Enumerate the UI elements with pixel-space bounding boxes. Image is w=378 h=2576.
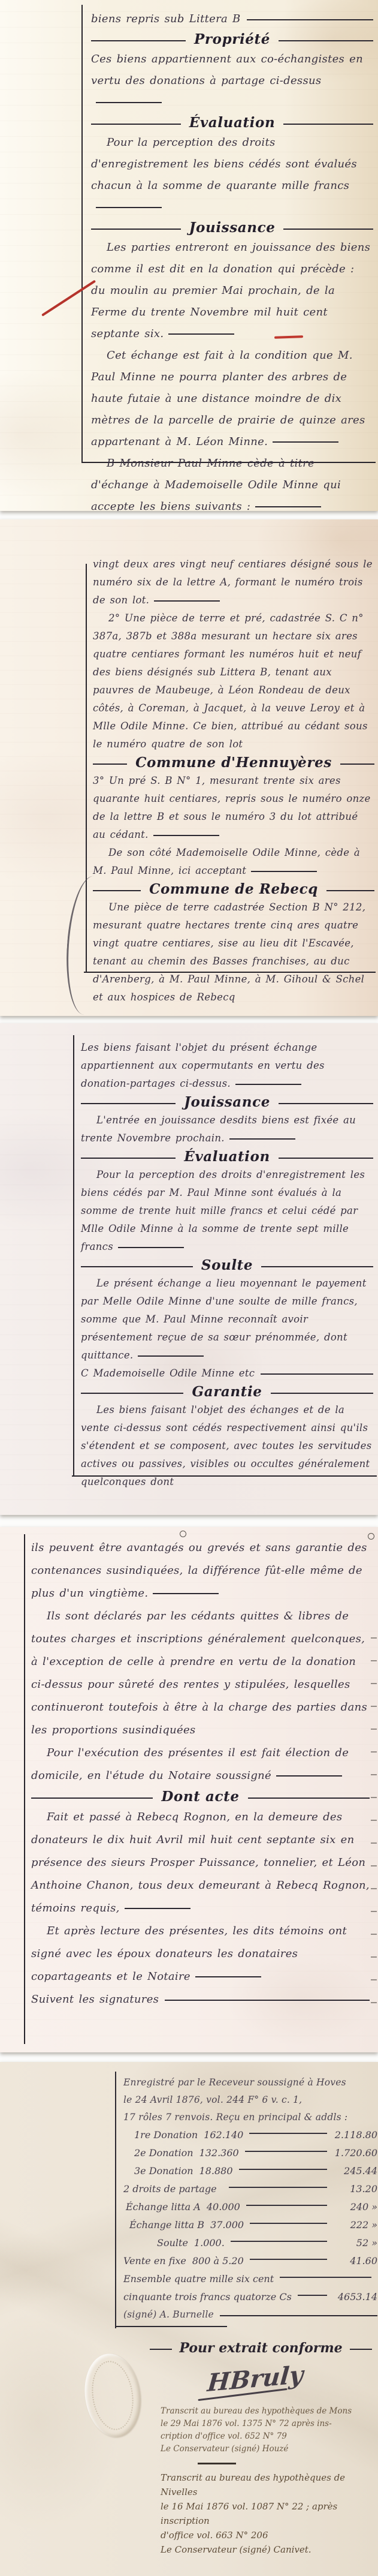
extract-heading-text: Pour extrait conforme xyxy=(172,2340,349,2356)
document-scan: biens repris sub Littera BPropriétéCes b… xyxy=(0,0,378,2576)
handwritten-line: Pour l'exécution des présentes il est fa… xyxy=(31,1742,370,1787)
section-heading: Dont acte xyxy=(31,1789,370,1805)
handwritten-line: Les biens faisant l'objet des échanges e… xyxy=(81,1401,373,1491)
handwritten-line: vingt deux ares vingt neuf centiares dés… xyxy=(93,555,374,609)
handwritten-line: 3° Un pré S. B N° 1, mesurant trente six… xyxy=(93,772,374,844)
leader-line xyxy=(245,2151,327,2152)
section-heading-text: Évaluation xyxy=(181,115,284,131)
section-heading-text: Évaluation xyxy=(176,1149,279,1165)
handwritten-line: Ils sont déclarés par les cédants quitte… xyxy=(31,1605,370,1742)
transcription-note-1: Transcrit au bureau des hypothèques de M… xyxy=(161,2405,378,2455)
amount-row-base: 18.880 xyxy=(199,2162,233,2180)
leader-line xyxy=(231,2241,327,2242)
amount-row-value: 52 » xyxy=(333,2234,377,2252)
handwritten-text-block: Les biens faisant l'objet du présent éch… xyxy=(0,1023,378,1491)
leader-line xyxy=(249,2133,327,2134)
amount-row-value: 240 » xyxy=(333,2198,377,2216)
amount-row: 3e Donation18.880245.44 xyxy=(123,2162,377,2180)
handwritten-line: Les biens faisant l'objet du présent éch… xyxy=(81,1039,373,1093)
transcription-note-2: Transcrit au bureau des hypothèques de N… xyxy=(161,2470,378,2557)
page-scan-2: vingt deux ares vingt neuf centiares dés… xyxy=(0,519,378,1016)
note-line: d'office vol. 663 N° 206 xyxy=(161,2528,378,2542)
margin-tick-marks xyxy=(371,1617,377,2025)
note-line: Le Conservateur (signé) Canivet. xyxy=(161,2542,378,2557)
embossed-seal xyxy=(80,2350,146,2440)
amount-row-label: 2 droits de partage xyxy=(123,2180,217,2198)
leader-line xyxy=(250,2259,327,2260)
section-heading: Commune de Rebecq xyxy=(93,881,374,897)
handwritten-line: Pour la perception des droits d'enregist… xyxy=(91,132,373,218)
amount-row-base: 1.000. xyxy=(194,2234,225,2252)
leader-line xyxy=(229,2187,327,2188)
amount-row: 2 droits de partage13.20 xyxy=(123,2180,377,2198)
leader-line xyxy=(280,2277,371,2278)
total-text: Ensemble quatre mille six cent xyxy=(123,2270,274,2288)
amount-row-value: 245.44 xyxy=(333,2162,377,2180)
section-heading-text: Soulte xyxy=(193,1257,261,1273)
handwritten-text-block: ils peuvent être avantagés ou grevés et … xyxy=(0,1527,378,2011)
handwritten-line: L'entrée en jouissance desdits biens est… xyxy=(81,1111,373,1147)
handwritten-line: Suivent les signatures xyxy=(31,1988,370,2011)
registration-block: Enregistré par le Receveur soussigné à H… xyxy=(115,2072,377,2328)
note-line: le 29 Mai 1876 vol. 1375 N° 72 après ins… xyxy=(161,2418,378,2430)
handwritten-line: Fait et passé à Rebecq Rognon, en la dem… xyxy=(31,1806,370,1920)
section-heading-text: Commune d'Hennuyères xyxy=(127,755,340,771)
amount-row: Échange litta B37.000222 » xyxy=(123,2216,377,2234)
note-divider xyxy=(198,2463,236,2464)
handwritten-line: Et après lecture des présentes, les dits… xyxy=(31,1920,370,1988)
amount-row-base: 37.000 xyxy=(210,2216,244,2234)
section-heading-text: Jouissance xyxy=(181,220,284,236)
total-text: cinquante trois francs quatorze Cs xyxy=(123,2288,292,2306)
page-scan-1: biens repris sub Littera BPropriétéCes b… xyxy=(0,0,378,511)
handwritten-line: Une pièce de terre cadastrée Section B N… xyxy=(93,898,374,1006)
amount-row-label: 2e Donation xyxy=(134,2144,193,2162)
section-heading: Garantie xyxy=(81,1384,373,1400)
amount-row-value: 2.118.80 xyxy=(333,2126,377,2144)
handwritten-line: Le présent échange a lieu moyennant le p… xyxy=(81,1275,373,1364)
amount-row: Soulte1.000.52 » xyxy=(123,2234,377,2252)
total-amount: 4653.14 xyxy=(333,2288,377,2306)
registration-line: 17 rôles 7 renvois. Reçu en principal & … xyxy=(123,2109,377,2126)
section-heading: Propriété xyxy=(91,31,373,47)
amount-row-label: Échange litta B xyxy=(129,2216,204,2234)
section-heading: Jouissance xyxy=(81,1094,373,1110)
leader-line xyxy=(246,2205,327,2206)
receiver-signed-line: (signé) A. Burnelle xyxy=(123,2306,377,2323)
section-heading: Évaluation xyxy=(91,115,373,131)
punch-hole-mark xyxy=(368,1533,374,1540)
amount-row: 2e Donation132.3601.720.60 xyxy=(123,2144,377,2162)
leader-line xyxy=(239,2169,327,2170)
amount-row-value: 41.60 xyxy=(333,2252,377,2270)
amount-row-value: 1.720.60 xyxy=(333,2144,377,2162)
handwritten-line: Les parties entreront en jouissance des … xyxy=(91,237,373,345)
section-heading: Commune d'Hennuyères xyxy=(93,755,374,771)
amount-row-value: 222 » xyxy=(333,2216,377,2234)
section-heading-text: Commune de Rebecq xyxy=(141,881,326,897)
registration-line: le 24 Avril 1876, vol. 244 F° 6 v. c. 1, xyxy=(123,2091,377,2109)
leader-line xyxy=(250,2223,327,2224)
amount-rows: 1re Donation162.1402.118.802e Donation13… xyxy=(123,2126,377,2270)
page-scan-3: Les biens faisant l'objet du présent éch… xyxy=(0,1023,378,1515)
handwritten-text-block: vingt deux ares vingt neuf centiares dés… xyxy=(0,519,378,1006)
section-heading-text: Garantie xyxy=(183,1384,270,1400)
section-heading-text: Dont acte xyxy=(153,1789,247,1805)
handwritten-line: De son côté Mademoiselle Odile Minne, cè… xyxy=(93,844,374,880)
section-heading-text: Jouissance xyxy=(176,1094,279,1110)
section-heading-text: Propriété xyxy=(186,31,279,47)
extract-heading: Pour extrait conforme xyxy=(150,2340,372,2356)
punch-hole-mark xyxy=(180,1531,186,1537)
note-line: Le Conservateur (signé) Houzé xyxy=(161,2443,378,2455)
handwritten-line: biens repris sub Littera B xyxy=(91,8,373,30)
note-line: le 16 Mai 1876 vol. 1087 N° 22 ; après i… xyxy=(161,2499,378,2528)
note-line: Transcrit au bureau des hypothèques de N… xyxy=(161,2470,378,2499)
handwritten-line: C Mademoiselle Odile Minne etc xyxy=(81,1364,373,1382)
page-scan-5: Enregistré par le Receveur soussigné à H… xyxy=(0,2062,378,2576)
section-heading: Jouissance xyxy=(91,220,373,236)
amount-row-label: 3e Donation xyxy=(134,2162,193,2180)
amount-row: Échange litta A40.000240 » xyxy=(123,2198,377,2216)
registration-line: Enregistré par le Receveur soussigné à H… xyxy=(123,2074,377,2091)
amount-row-label: 1re Donation xyxy=(134,2126,198,2144)
handwritten-line: B Monsieur Paul Minne cède à titre d'éch… xyxy=(91,453,373,511)
amount-row-base: 132.360 xyxy=(199,2144,239,2162)
section-heading: Évaluation xyxy=(81,1149,373,1165)
handwritten-text-block: biens repris sub Littera BPropriétéCes b… xyxy=(0,0,378,511)
handwritten-line: Cet échange est fait à la condition que … xyxy=(91,345,373,453)
handwritten-line: 2° Une pièce de terre et pré, cadastrée … xyxy=(93,609,374,753)
amount-row-base: 800 à 5.20 xyxy=(192,2252,244,2270)
amount-row: Vente en fixe800 à 5.2041.60 xyxy=(123,2252,377,2270)
leader-line xyxy=(298,2295,327,2296)
section-heading: Soulte xyxy=(81,1257,373,1273)
handwritten-line: Pour la perception des droits d'enregist… xyxy=(81,1166,373,1256)
amount-row-label: Soulte xyxy=(157,2234,188,2252)
note-line: Transcrit au bureau des hypothèques de M… xyxy=(161,2405,378,2418)
amount-row: 1re Donation162.1402.118.80 xyxy=(123,2126,377,2144)
amount-row-label: Vente en fixe xyxy=(123,2252,186,2270)
amount-row-base: 40.000 xyxy=(207,2198,240,2216)
total-row: Ensemble quatre mille six cent xyxy=(123,2270,377,2288)
page-scan-4: ils peuvent être avantagés ou grevés et … xyxy=(0,1527,378,2052)
amount-row-value: 13.20 xyxy=(333,2180,377,2198)
amount-row-base: 162.140 xyxy=(204,2126,243,2144)
handwritten-line: ils peuvent être avantagés ou grevés et … xyxy=(31,1537,370,1605)
amount-row-label: Échange litta A xyxy=(126,2198,201,2216)
handwritten-line: Ces biens appartiennent aux co-échangist… xyxy=(91,49,373,113)
note-line: cription d'office vol. 652 N° 79 xyxy=(161,2430,378,2443)
total-row: cinquante trois francs quatorze Cs 4653.… xyxy=(123,2288,377,2306)
